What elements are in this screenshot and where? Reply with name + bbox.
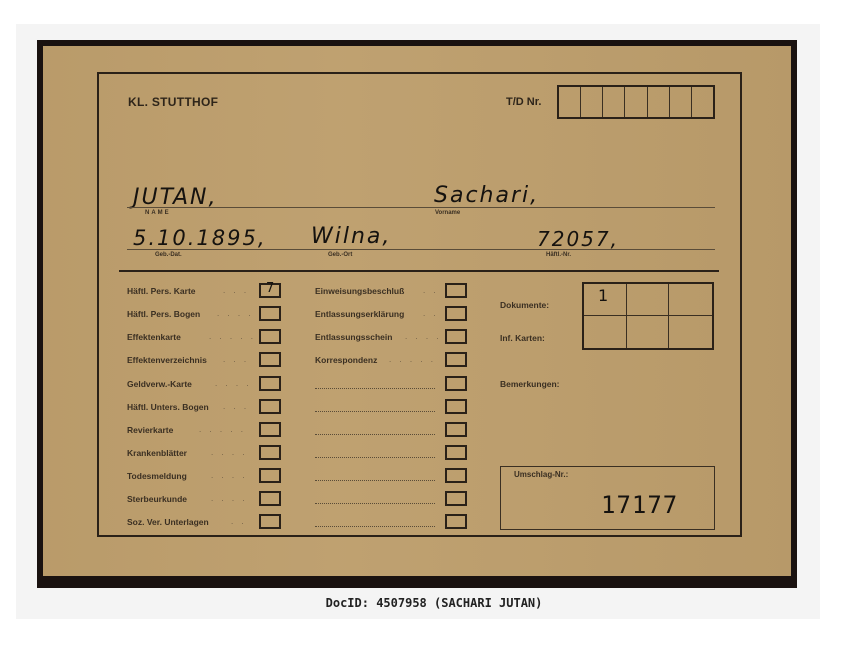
checkbox-blank[interactable]: [445, 491, 467, 506]
td-cell: [648, 87, 670, 117]
td-cell: [692, 87, 713, 117]
checkbox-revierkarte[interactable]: [259, 422, 281, 437]
checkbox-entlassungsschein[interactable]: [445, 329, 467, 344]
checklist-label: Revierkarte: [127, 425, 173, 435]
leader-dots: . . . .: [217, 309, 254, 318]
leader-dots: . . . .: [405, 332, 442, 341]
checklist-label: Soz. Ver. Unterlagen: [127, 517, 209, 527]
firstname-value: Sachari,: [434, 183, 539, 208]
checkbox-blank[interactable]: [445, 445, 467, 460]
firstname-label: Vorname: [435, 210, 460, 216]
blank-line: [315, 388, 435, 389]
td-cell: [625, 87, 647, 117]
checklist-label: Geldverw.-Karte: [127, 379, 192, 389]
checkbox-geldverw-karte[interactable]: [259, 376, 281, 391]
leader-dots: . . .: [223, 355, 249, 364]
blank-line: [315, 434, 435, 435]
blank-line: [315, 480, 435, 481]
checklist-label: Häftl. Unters. Bogen: [127, 402, 209, 412]
leader-dots: . . .: [223, 402, 249, 411]
leader-dots: . . . .: [215, 379, 252, 388]
bemerkungen-label: Bemerkungen:: [500, 379, 560, 389]
birthdate-label: Geb.-Dat.: [155, 252, 182, 258]
td-number-boxes: [557, 85, 715, 119]
checklist-label: Einweisungsbeschluß: [315, 286, 404, 296]
td-cell: [603, 87, 625, 117]
inf-karten-label: Inf. Karten:: [500, 333, 545, 343]
checkbox-blank[interactable]: [445, 422, 467, 437]
checkbox-pers-bogen[interactable]: [259, 306, 281, 321]
blank-line: [315, 457, 435, 458]
birthdate-value: 5.10.1895,: [133, 226, 267, 250]
grid-cell: [584, 316, 627, 348]
handwritten-mark: 7: [266, 281, 274, 296]
td-cell: [581, 87, 603, 117]
dokumente-label: Dokumente:: [500, 300, 549, 310]
grid-cell: [669, 284, 712, 316]
leader-dots: . . . . .: [389, 355, 436, 364]
prisoner-number-value: 72057,: [537, 227, 619, 251]
td-number-label: T/D Nr.: [506, 96, 541, 108]
grid-cell: [669, 316, 712, 348]
checkbox-entlassungserklaerung[interactable]: [445, 306, 467, 321]
checklist-label: Häftl. Pers. Karte: [127, 286, 196, 296]
blank-line: [315, 503, 435, 504]
leader-dots: . . . .: [211, 494, 248, 503]
checklist-label: Krankenblätter: [127, 448, 187, 458]
name-line: [127, 207, 715, 208]
envelope-number-box: Umschlag-Nr.: 17177: [500, 466, 715, 530]
leader-dots: . . . .: [211, 448, 248, 457]
birth-line: [127, 249, 715, 250]
checkbox-unters-bogen[interactable]: [259, 399, 281, 414]
checkbox-korrespondenz[interactable]: [445, 352, 467, 367]
documents-count-grid: 1: [582, 282, 714, 350]
checkbox-blank[interactable]: [445, 468, 467, 483]
leader-dots: . .: [231, 517, 247, 526]
leader-dots: . . . . .: [199, 425, 246, 434]
name-label: NAME: [145, 210, 171, 216]
documents-count: 1: [598, 286, 608, 305]
checkbox-blank[interactable]: [445, 399, 467, 414]
checkbox-sterbeurkunde[interactable]: [259, 491, 281, 506]
birthplace-value: Wilna,: [311, 224, 391, 249]
checkbox-krankenblaetter[interactable]: [259, 445, 281, 460]
blank-line: [315, 411, 435, 412]
document-caption: DocID: 4507958 (SACHARI JUTAN): [0, 596, 868, 610]
leader-dots: . . . .: [211, 471, 248, 480]
registration-form: KL. STUTTHOF T/D Nr. JUTAN, NAME Sachari…: [97, 72, 742, 537]
leader-dots: . . . . .: [209, 332, 256, 341]
td-cell: [559, 87, 581, 117]
checkbox-pers-karte[interactable]: 7: [259, 283, 281, 298]
checklist-label: Häftl. Pers. Bogen: [127, 309, 200, 319]
checkbox-blank[interactable]: [445, 514, 467, 529]
checklist-label: Effektenverzeichnis: [127, 355, 207, 365]
leader-dots: . . .: [223, 286, 249, 295]
checklist-label: Entlassungserklärung: [315, 309, 404, 319]
birthplace-label: Geb.-Ort: [328, 252, 352, 258]
checkbox-soz-ver-unterlagen[interactable]: [259, 514, 281, 529]
leader-dots: . .: [423, 286, 439, 295]
checkbox-effektenverzeichnis[interactable]: [259, 352, 281, 367]
grid-cell: 1: [584, 284, 627, 316]
grid-cell: [627, 284, 670, 316]
envelope-number-value: 17177: [601, 491, 678, 519]
checkbox-blank[interactable]: [445, 376, 467, 391]
blank-line: [315, 526, 435, 527]
section-divider: [119, 270, 719, 272]
grid-cell: [627, 316, 670, 348]
prisoner-number-label: Häftl.-Nr.: [546, 252, 571, 258]
envelope-number-label: Umschlag-Nr.:: [514, 470, 568, 479]
checklist-label: Effektenkarte: [127, 332, 181, 342]
checklist-label: Korrespondenz: [315, 355, 377, 365]
checkbox-todesmeldung[interactable]: [259, 468, 281, 483]
td-cell: [670, 87, 692, 117]
checklist-label: Entlassungsschein: [315, 332, 392, 342]
checkbox-effektenkarte[interactable]: [259, 329, 281, 344]
camp-title: KL. STUTTHOF: [128, 95, 218, 109]
leader-dots: . .: [423, 309, 439, 318]
checkbox-einweisungsbeschluss[interactable]: [445, 283, 467, 298]
checklist-label: Todesmeldung: [127, 471, 187, 481]
checklist-label: Sterbeurkunde: [127, 494, 187, 504]
